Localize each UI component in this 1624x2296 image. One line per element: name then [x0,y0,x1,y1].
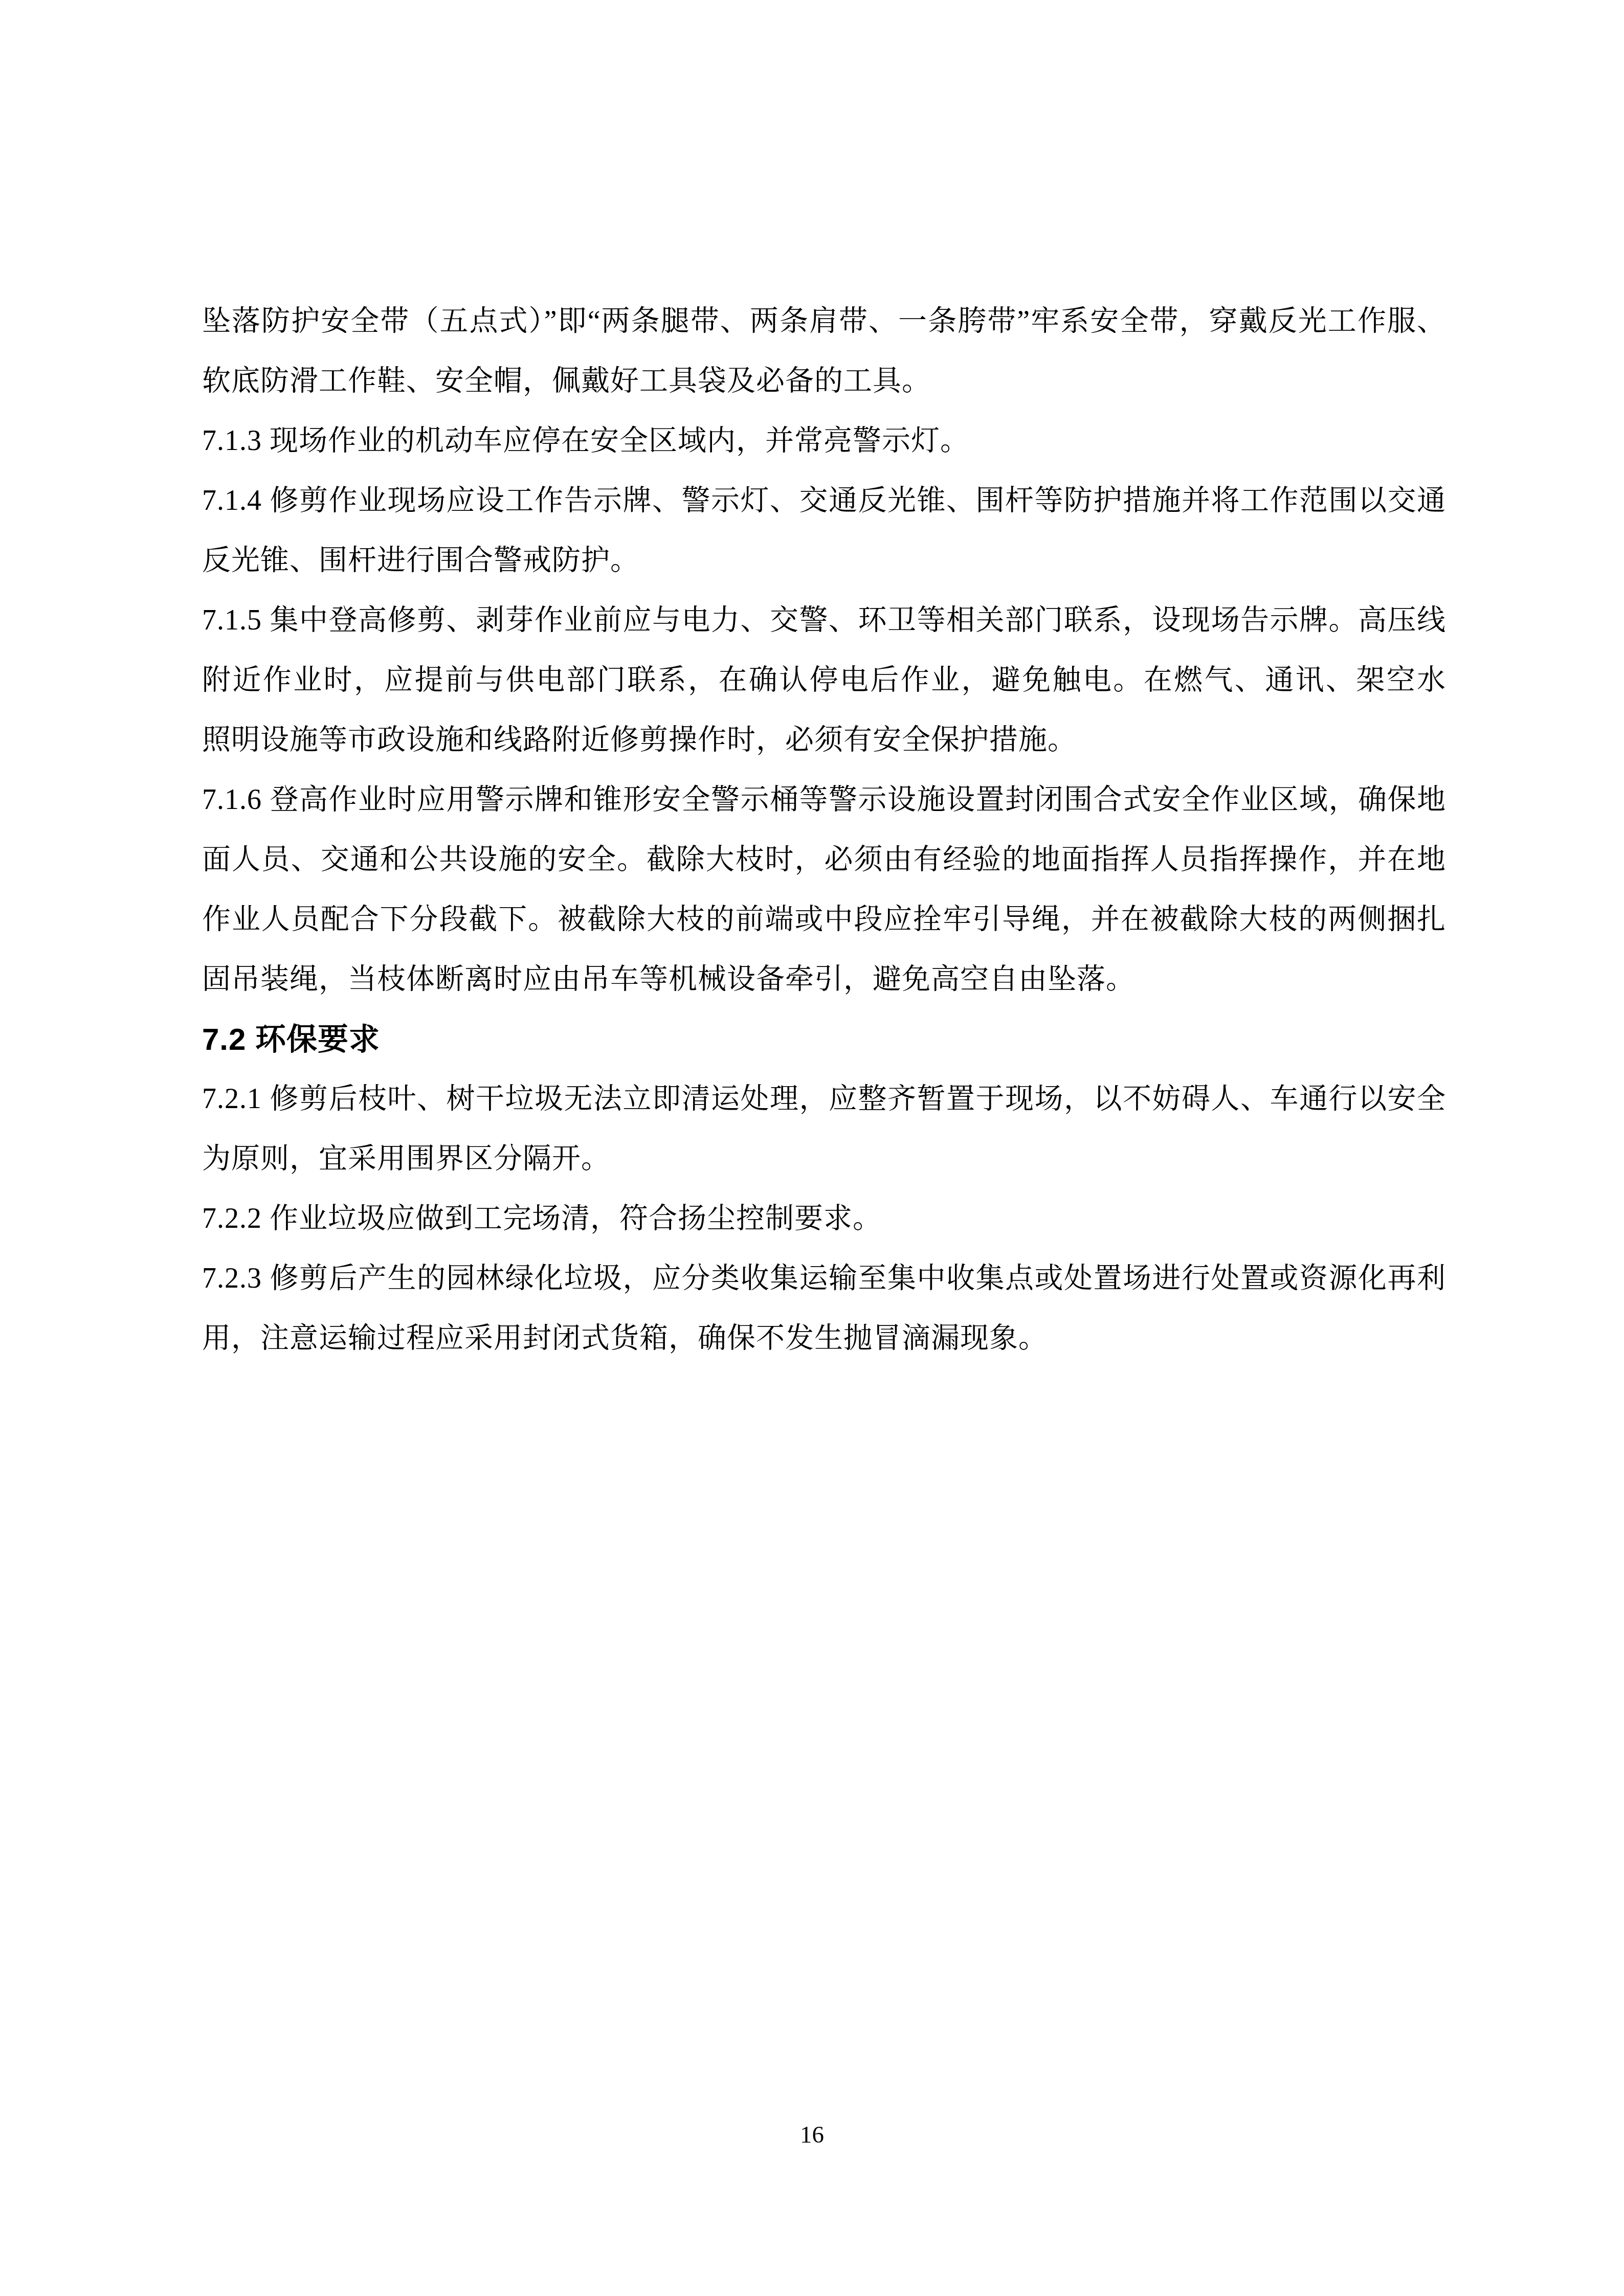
document-page: 坠落防护安全带（五点式）”即“两条腿带、两条肩带、一条胯带”牢系安全带，穿戴反光… [0,0,1624,2296]
text-line-clause-7-2-1-a: 7.2.1 修剪后枝叶、树干垃圾无法立即清运处理，应整齐暂置于现场，以不妨碍人、… [202,1069,1446,1129]
text-line-clause-7-2-3-b: 用，注意运输过程应采用封闭式货箱，确保不发生抛冒滴漏现象。 [202,1309,1446,1368]
text-line-clause-7-1-5-c: 照明设施等市政设施和线路附近修剪操作时，必须有安全保护措施。 [202,710,1446,770]
text-line-clause-7-1-5-b: 附近作业时，应提前与供电部门联系，在确认停电后作业，避免触电。在燃气、通讯、架空… [202,650,1446,710]
text-line-clause-7-1-5-a: 7.1.5 集中登高修剪、剥芽作业前应与电力、交警、环卫等相关部门联系，设现场告… [202,591,1446,650]
text-line-clause-7-2-2: 7.2.2 作业垃圾应做到工完场清，符合扬尘控制要求。 [202,1189,1446,1249]
text-line-clause-7-1-6-d: 固吊装绳，当枝体断离时应由吊车等机械设备牵引，避免高空自由坠落。 [202,950,1446,1009]
text-line-clause-7-1-6-c: 作业人员配合下分段截下。被截除大枝的前端或中段应拴牢引导绳，并在被截除大枝的两侧… [202,890,1446,950]
document-body: 坠落防护安全带（五点式）”即“两条腿带、两条肩带、一条胯带”牢系安全带，穿戴反光… [202,291,1446,1368]
text-line-clause-7-1-6-a: 7.1.6 登高作业时应用警示牌和锥形安全警示桶等警示设施设置封闭围合式安全作业… [202,770,1446,830]
text-line-clause-7-1-3: 7.1.3 现场作业的机动车应停在安全区域内，并常亮警示灯。 [202,411,1446,471]
text-line-clause-7-1-4-b: 反光锥、围杆进行围合警戒防护。 [202,531,1446,591]
text-line-clause-7-1-4-a: 7.1.4 修剪作业现场应设工作告示牌、警示灯、交通反光锥、围杆等防护措施并将工… [202,471,1446,531]
text-line-clause-7-2-3-a: 7.2.3 修剪后产生的园林绿化垃圾，应分类收集运输至集中收集点或处置场进行处置… [202,1249,1446,1309]
section-heading-7-2: 7.2 环保要求 [202,1009,1446,1069]
text-line-clause-7-1-6-b: 面人员、交通和公共设施的安全。截除大枝时，必须由有经验的地面指挥人员指挥操作，并… [202,830,1446,890]
page-number: 16 [0,2120,1624,2150]
text-line-clause-7-2-1-b: 为原则，宜采用围界区分隔开。 [202,1129,1446,1189]
text-line-para-7-1-2-cont-2: 软底防滑工作鞋、安全帽，佩戴好工具袋及必备的工具。 [202,351,1446,411]
text-line-para-7-1-2-cont-1: 坠落防护安全带（五点式）”即“两条腿带、两条肩带、一条胯带”牢系安全带，穿戴反光… [202,291,1446,351]
